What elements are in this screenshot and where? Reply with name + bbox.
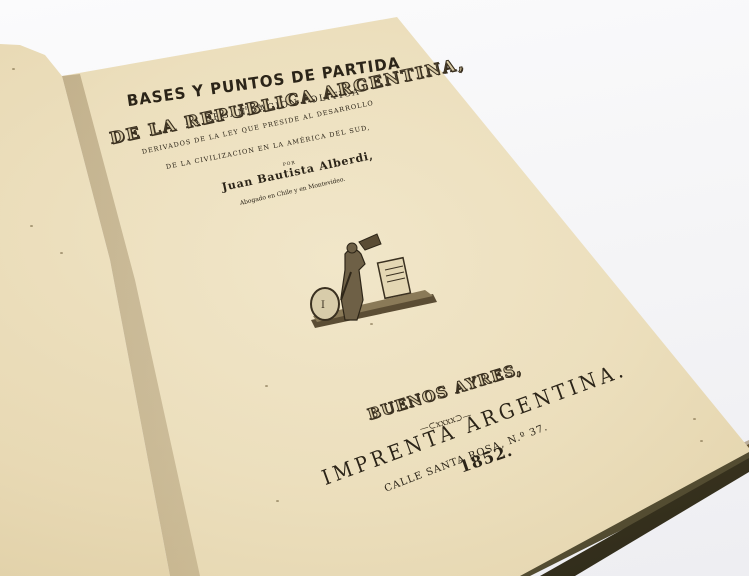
allegorical-emblem-icon: I — [305, 232, 445, 332]
book-photo: BASES Y PUNTOS DE PARTIDA PARA LA ORGANI… — [0, 0, 749, 576]
paper-speck — [700, 440, 703, 442]
paper-speck — [60, 252, 63, 254]
paper-speck — [30, 225, 33, 227]
paper-speck — [693, 418, 696, 420]
paper-speck — [12, 68, 15, 70]
paper-speck — [265, 385, 268, 387]
paper-speck — [276, 500, 279, 502]
svg-text:I: I — [321, 300, 325, 311]
